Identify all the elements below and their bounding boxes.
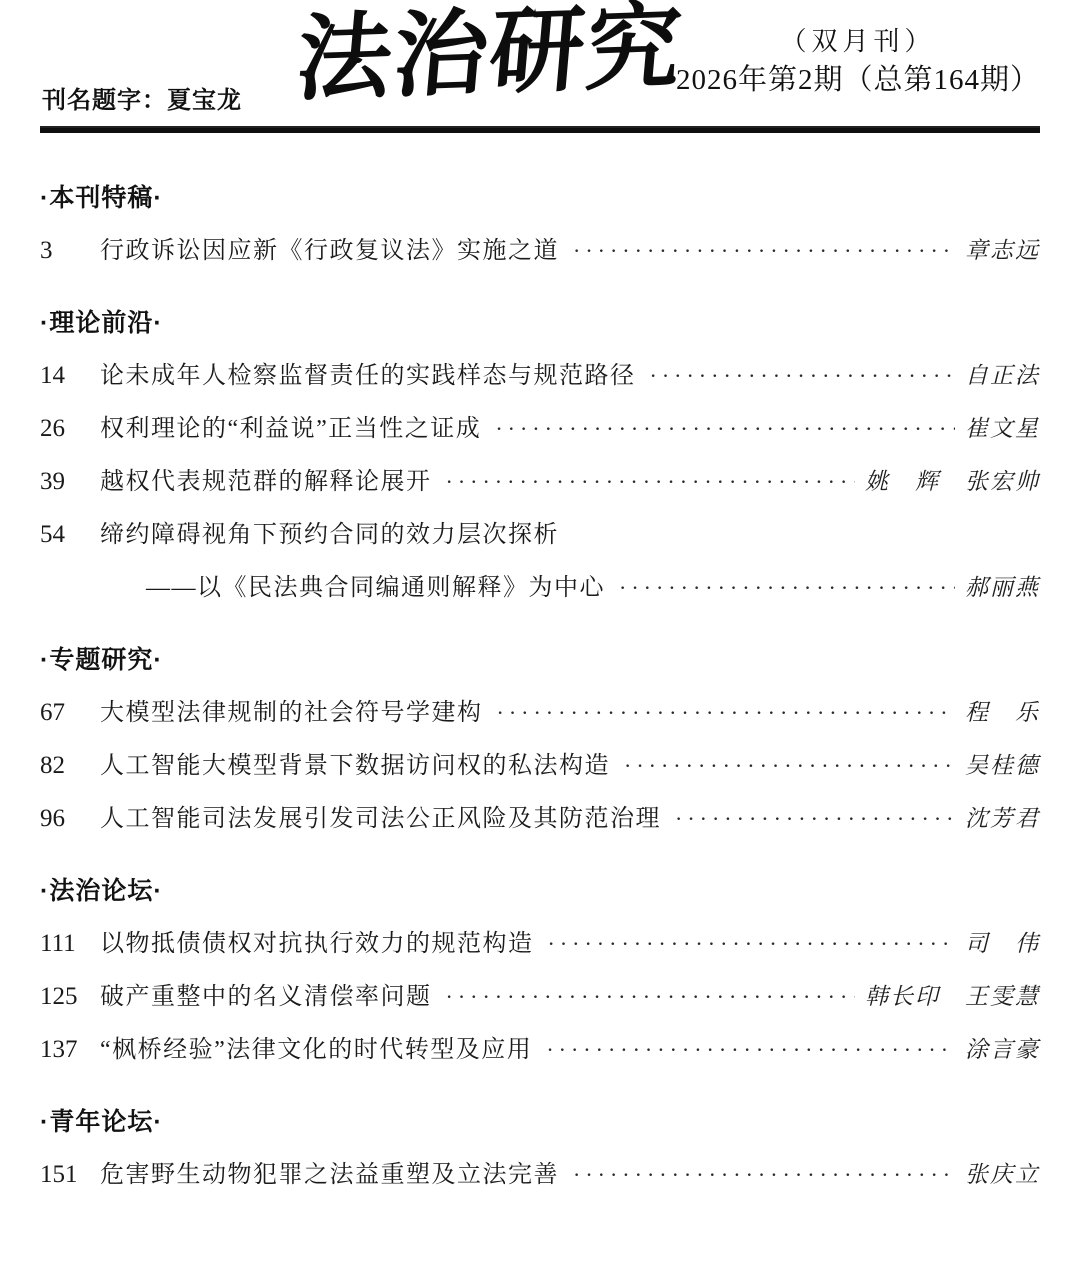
dot-leader [650,359,956,393]
entry-authors: 郝丽燕 [965,571,1040,605]
toc-entry: 125 破产重整中的名义清偿率问题 韩长印 王雯慧 [40,980,1040,1014]
masthead-divider [40,126,1040,133]
toc-entry: 14 论未成年人检察监督责任的实践样态与规范路径 自正法 [40,359,1040,393]
entry-title: 缔约障碍视角下预约合同的效力层次探析 [100,518,559,552]
title-credit-label: 刊名题字：夏宝龙 [42,80,242,115]
dot-leader [446,980,856,1014]
entry-title: “枫桥经验”法律文化的时代转型及应用 [100,1033,532,1067]
toc-entry: 67 大模型法律规制的社会符号学建构 程 乐 [40,696,1040,730]
entry-page-number: 96 [40,802,100,836]
dot-leader [675,802,955,836]
toc-entry: 26 权利理论的“利益说”正当性之证成 崔文星 [40,412,1040,446]
journal-toc-page: 法治研究 刊名题字：夏宝龙 （双月刊） 2026年第2期（总第164期） ·本刊… [0,0,1080,1273]
entry-title: 危害野生动物犯罪之法益重塑及立法完善 [100,1158,559,1192]
issue-info-block: （双月刊） 2026年第2期（总第164期） [676,26,1040,98]
section-entries: 111 以物抵债债权对抗执行效力的规范构造 司 伟 125 破产重整中的名义清偿… [40,927,1040,1067]
section-entries: 14 论未成年人检察监督责任的实践样态与规范路径 自正法 26 权利理论的“利益… [40,359,1040,605]
toc-entry: 3 行政诉讼因应新《行政复议法》实施之道 章志远 [40,234,1040,268]
toc-entry: 96 人工智能司法发展引发司法公正风险及其防范治理 沈芳君 [40,802,1040,836]
section-entries: 67 大模型法律规制的社会符号学建构 程 乐 82 人工智能大模型背景下数据访问… [40,696,1040,836]
dot-leader [546,1033,955,1067]
section-entries: 151 危害野生动物犯罪之法益重塑及立法完善 张庆立 [40,1158,1040,1192]
entry-page-number: 54 [40,518,100,552]
issue-number-label: 2026年第2期（总第164期） [676,62,1040,98]
frequency-label: （双月刊） [676,26,1040,58]
entry-authors: 司 伟 [965,927,1040,961]
toc-entry: 54 缔约障碍视角下预约合同的效力层次探析 [40,518,1040,552]
entry-authors: 崔文星 [965,412,1040,446]
toc-entry: 151 危害野生动物犯罪之法益重塑及立法完善 张庆立 [40,1158,1040,1192]
entry-title: 大模型法律规制的社会符号学建构 [100,696,483,730]
toc-entry: 111 以物抵债债权对抗执行效力的规范构造 司 伟 [40,927,1040,961]
entry-authors: 吴桂德 [965,749,1040,783]
entry-title: 人工智能司法发展引发司法公正风险及其防范治理 [100,802,661,836]
entry-page-number: 125 [40,980,100,1014]
toc-entry: ——以《民法典合同编通则解释》为中心 郝丽燕 [40,571,1040,605]
entry-authors: 涂言豪 [965,1033,1040,1067]
entry-page-number: 39 [40,465,100,499]
entry-title: 权利理论的“利益说”正当性之证成 [100,412,481,446]
entry-page-number: 137 [40,1033,100,1067]
masthead: 法治研究 刊名题字：夏宝龙 （双月刊） 2026年第2期（总第164期） [40,0,1040,135]
toc-section: ·专题研究· 67 大模型法律规制的社会符号学建构 程 乐 82 人工智能大模型… [40,643,1040,836]
entry-title: ——以《民法典合同编通则解释》为中心 [100,571,605,605]
entry-authors: 姚 辉 张宏帅 [865,465,1040,499]
dot-leader [548,927,956,961]
entry-authors: 程 乐 [965,696,1040,730]
section-heading: ·专题研究· [40,643,1040,677]
dot-leader [573,1158,955,1192]
entry-title: 人工智能大模型背景下数据访问权的私法构造 [100,749,610,783]
toc-entry: 82 人工智能大模型背景下数据访问权的私法构造 吴桂德 [40,749,1040,783]
entry-page-number: 3 [40,234,100,268]
entry-authors: 张庆立 [965,1158,1040,1192]
toc-section: ·理论前沿· 14 论未成年人检察监督责任的实践样态与规范路径 自正法 26 权… [40,306,1040,605]
entry-page-number: 26 [40,412,100,446]
toc-section: ·法治论坛· 111 以物抵债债权对抗执行效力的规范构造 司 伟 125 破产重… [40,874,1040,1067]
dot-leader [446,465,856,499]
entry-title: 论未成年人检察监督责任的实践样态与规范路径 [100,359,636,393]
entry-page-number: 82 [40,749,100,783]
entry-authors: 章志远 [965,234,1040,268]
toc-section: ·本刊特稿· 3 行政诉讼因应新《行政复议法》实施之道 章志远 [40,181,1040,268]
entry-authors: 自正法 [965,359,1040,393]
entry-page-number: 14 [40,359,100,393]
section-entries: 3 行政诉讼因应新《行政复议法》实施之道 章志远 [40,234,1040,268]
section-heading: ·青年论坛· [40,1105,1040,1139]
dot-leader [619,571,955,605]
toc-section: ·青年论坛· 151 危害野生动物犯罪之法益重塑及立法完善 张庆立 [40,1105,1040,1192]
dot-leader [497,696,956,730]
toc: ·本刊特稿· 3 行政诉讼因应新《行政复议法》实施之道 章志远 ·理论前沿· 1… [40,135,1040,1192]
entry-authors: 韩长印 王雯慧 [865,980,1040,1014]
section-heading: ·法治论坛· [40,874,1040,908]
dot-leader [624,749,955,783]
dot-leader [573,234,955,268]
entry-title: 以物抵债债权对抗执行效力的规范构造 [100,927,534,961]
entry-page-number: 111 [40,927,100,961]
section-heading: ·本刊特稿· [40,181,1040,215]
dot-leader [495,412,955,446]
entry-title: 行政诉讼因应新《行政复议法》实施之道 [100,234,559,268]
entry-page-number: 67 [40,696,100,730]
entry-page-number: 151 [40,1158,100,1192]
entry-authors: 沈芳君 [965,802,1040,836]
toc-entry: 137 “枫桥经验”法律文化的时代转型及应用 涂言豪 [40,1033,1040,1067]
section-heading: ·理论前沿· [40,306,1040,340]
toc-entry: 39 越权代表规范群的解释论展开 姚 辉 张宏帅 [40,465,1040,499]
entry-title: 越权代表规范群的解释论展开 [100,465,432,499]
entry-title: 破产重整中的名义清偿率问题 [100,980,432,1014]
